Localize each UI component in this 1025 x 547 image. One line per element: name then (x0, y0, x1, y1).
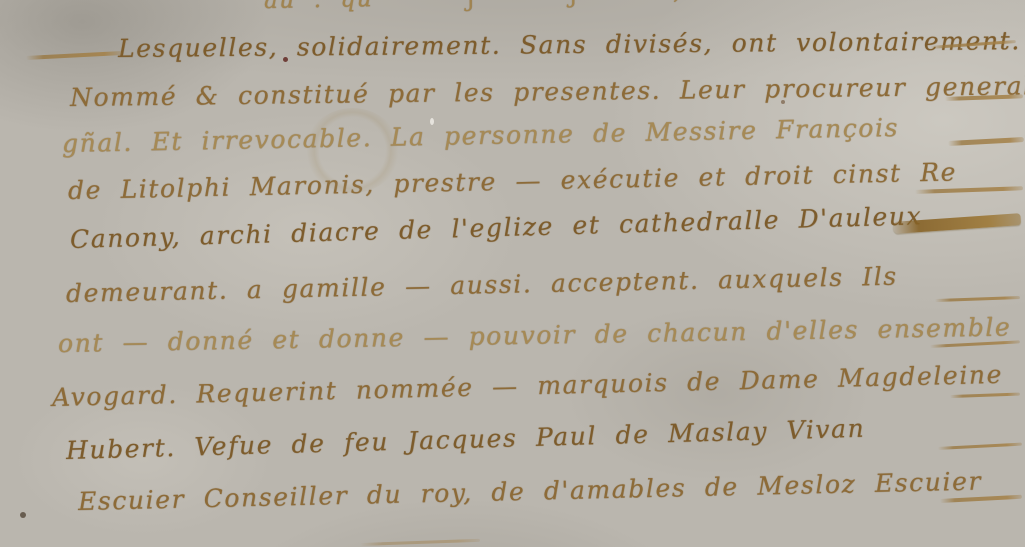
manuscript-line: Avogard. Requerint nommée — marquois de … (52, 360, 1004, 412)
manuscript-line-fragment: au . qu (264, 0, 374, 14)
manuscript-line: demeurant. a gamille — aussi. acceptent.… (66, 262, 898, 308)
ink-filler-stroke (360, 539, 480, 546)
manuscript-line: gñal. Et irrevocable. La personne de Mes… (62, 113, 900, 158)
ink-filler-stroke (915, 186, 1023, 194)
manuscript-line: Canony, archi diacre de l'eglize et cath… (70, 201, 923, 254)
ink-filler-stroke (938, 443, 1022, 450)
manuscript-line: Lesquelles, solidairement. Sans divisés,… (118, 26, 1021, 63)
manuscript-line: Escuier Conseiller du roy, de d'amables … (78, 466, 983, 516)
paper-fleck (430, 118, 434, 125)
manuscript-line: Nommé & constitué par les presentes. Leu… (70, 71, 1025, 112)
manuscript-page: au . qu ʃ ʃ , Lesquelles, solidairement.… (0, 0, 1025, 547)
ink-speck (283, 57, 288, 62)
ink-filler-stroke (948, 137, 1024, 146)
paper-stain-ring (305, 108, 400, 193)
manuscript-line: ont — donné et donne — pouvoir de chacun… (58, 312, 1012, 358)
ink-filler-stroke (950, 393, 1020, 398)
manuscript-line: Hubert. Vefue de feu Jacques Paul de Mas… (66, 414, 866, 465)
manuscript-line: de Litolphi Maronis, prestre — exécutie … (68, 157, 958, 205)
ink-speck (781, 100, 785, 104)
pen-descender-marks: ʃ ʃ , (468, 0, 721, 12)
ink-filler-stroke (26, 51, 122, 60)
ink-filler-stroke (935, 296, 1020, 302)
ink-speck (20, 512, 26, 518)
